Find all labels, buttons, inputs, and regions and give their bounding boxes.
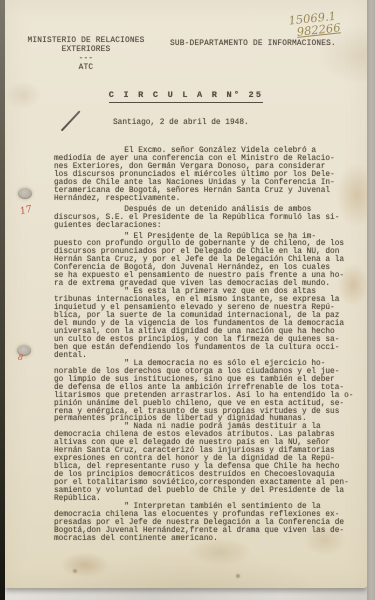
binding-edge [0,0,5,600]
paragraph-declaration-5: " Interpretan también el sentimiento de … [54,504,360,544]
department-name: SUB-DEPARTAMENTO DE INFORMACIONES. [170,40,336,48]
ministry-name-line2: EXTERIORES [25,46,147,55]
circular-title-row: C I R C U L A R N° 25 [5,84,367,103]
document-body: El Excmo. señor González Videla celebró … [54,148,360,544]
paragraph-analysis: Después de un detenido análisis de ambos… [54,207,360,231]
red-annotation-bottom: 8 [17,353,24,363]
pen-check-mark [61,110,81,131]
catalog-number: 15069.1 982266 [288,7,360,38]
scanner-bed-bottom [5,586,375,600]
ministry-letterhead: MINISTERIO DE RELACIONES EXTERIORES --- … [25,37,147,73]
paragraph-declaration-2: " Es esta la primera vez que en dos alta… [54,289,360,361]
letterhead-separator: --- [25,55,147,64]
ministry-name-line1: MINISTERIO DE RELACIONES [25,37,147,46]
paragraph-declaration-3: " La democracia no es sólo el ejercicio … [54,361,360,425]
circular-title: C I R C U L A R N° 25 [109,90,264,103]
scanned-document-view: { "colors": { "paper": "#e9e2cf", "ink":… [0,0,375,600]
paragraph-conference: El Excmo. señor González Videla celebró … [54,148,360,204]
scanner-bed-right [367,0,375,600]
ministry-code: ATC [25,64,147,73]
paragraph-declaration-4: " Nada ni nadie podrá jamás destituir a … [54,424,360,504]
red-annotation-top: 17 [19,204,33,218]
hole-punch-top [18,188,32,199]
document-page: 15069.1 982266 MINISTERIO DE RELACIONES … [5,0,367,588]
paragraph-declaration-1: " El Presidente de la República se ha im… [54,234,360,290]
dateline: Santiago, 2 de abril de 1948. [113,119,249,127]
